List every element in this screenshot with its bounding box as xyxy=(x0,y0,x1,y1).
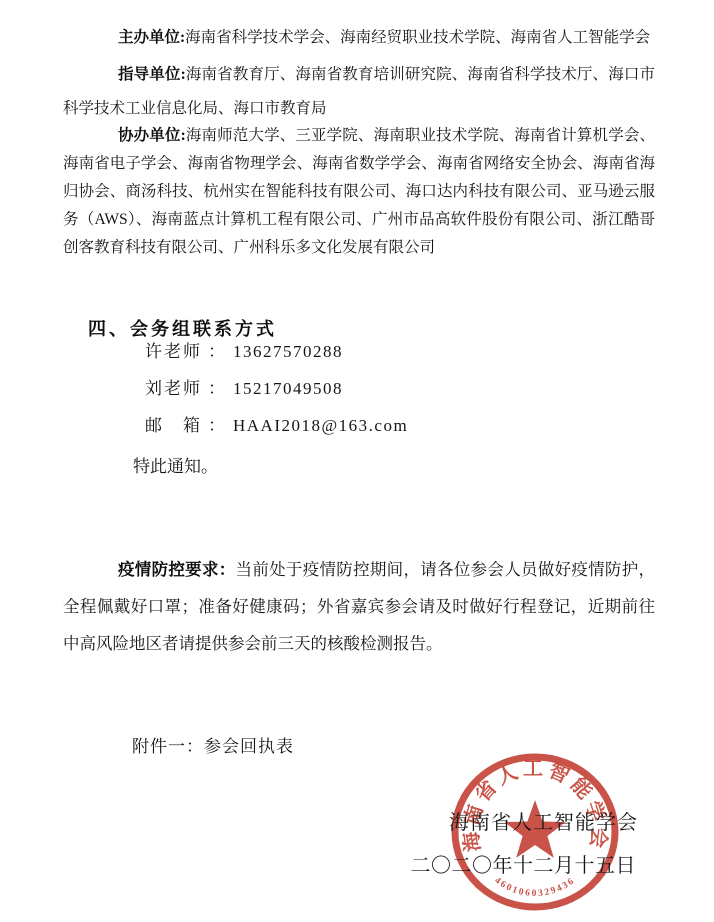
attachment-line: 附件一：参会回执表 xyxy=(132,732,294,757)
covid-label: 疫情防控要求： xyxy=(118,560,236,579)
co-organizers-text: 海南师范大学、三亚学院、海南职业技术学院、海南省计算机学会、海南省电子学会、海南… xyxy=(63,127,655,256)
advisors-paragraph: 指导单位:海南省教育厅、海南省教育培训研究院、海南省科学技术厅、海口市科学技术工… xyxy=(63,58,655,126)
notice-line: 特此通知。 xyxy=(133,452,218,477)
contact-row-email: 邮 箱：HAAI2018@163.com xyxy=(145,411,408,436)
contact-phone: 15217049508 xyxy=(233,379,343,398)
contact-colon: ： xyxy=(208,342,227,361)
advisors-label: 指导单位: xyxy=(118,66,186,83)
covid-paragraph: 疫情防控要求：当前处于疫情防控期间，请各位参会人员做好疫情防护，全程佩戴好口罩；… xyxy=(63,551,655,662)
contact-row-xu: 许老师：13627570288 xyxy=(145,337,343,362)
contact-colon: ： xyxy=(208,379,227,398)
contact-name: 刘老师 xyxy=(145,379,202,398)
contact-row-liu: 刘老师：15217049508 xyxy=(145,374,343,399)
contact-name: 许老师 xyxy=(145,342,202,361)
co-organizers-paragraph: 协办单位:海南师范大学、三亚学院、海南职业技术学院、海南省计算机学会、海南省电子… xyxy=(63,122,655,262)
organizers-text: 海南省科学技术学会、海南经贸职业技术学院、海南省人工智能学会 xyxy=(185,29,650,46)
contact-name: 邮 箱 xyxy=(145,416,202,435)
organizers-paragraph: 主办单位:海南省科学技术学会、海南经贸职业技术学院、海南省人工智能学会 xyxy=(63,24,655,52)
organizers-label: 主办单位: xyxy=(118,29,185,46)
signature-organization: 海南省人工智能学会 xyxy=(449,806,638,835)
co-organizers-label: 协办单位: xyxy=(118,127,186,144)
contact-email: HAAI2018@163.com xyxy=(233,416,408,435)
contact-colon: ： xyxy=(208,416,227,435)
signature-date: 二〇二〇年十二月十五日 xyxy=(411,849,637,878)
document-page: 主办单位:海南省科学技术学会、海南经贸职业技术学院、海南省人工智能学会 指导单位… xyxy=(0,0,714,922)
seal-serial-number: 4601060329436 xyxy=(492,876,577,899)
contact-phone: 13627570288 xyxy=(233,342,343,361)
